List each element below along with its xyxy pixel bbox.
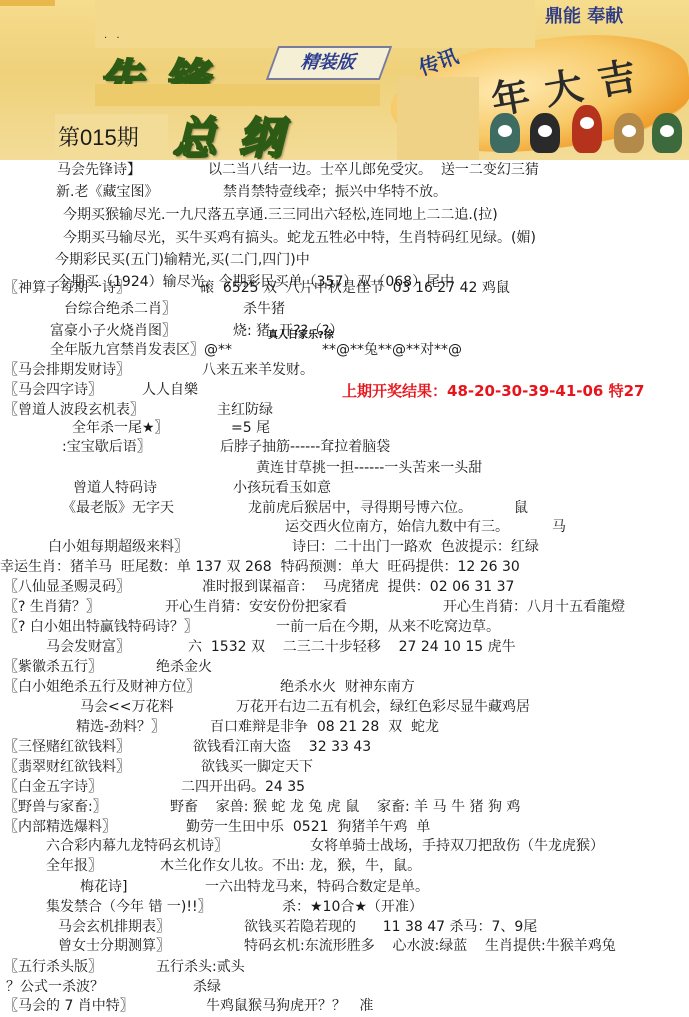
mascot-icon-panda — [530, 113, 560, 153]
banner-edition-badge: 精装版 — [266, 46, 392, 80]
line-30-text: 欲钱买一脚定天下 — [201, 758, 313, 776]
line-19-label: 白小姐每期超级来料〗 — [48, 538, 188, 556]
line-18-text: 运交西火位南方，始信九数中有三。 — [285, 518, 509, 536]
line-40-text: 五行杀头:贰头 — [156, 958, 245, 976]
line-23-text: 一前一后在今期，从来不吃窝边草。 — [276, 618, 500, 636]
line-21-text: 准时报到谋福音： 马虎猪虎 提供：02 06 31 37 — [202, 578, 514, 596]
mascot-icon-blue — [490, 113, 520, 153]
line-16-text: 小孩玩看玉如意 — [233, 479, 331, 497]
line-40-label: 〖五行杀头版〗 — [4, 958, 102, 976]
line-25-text: 绝杀金火 — [156, 658, 212, 676]
line-32-text: 野畜 家兽: 猴 蛇 龙 兔 虎 鼠 家畜: 羊 马 牛 猪 狗 鸡 — [170, 798, 520, 816]
line-15-text: 黄连甘草挑一担------一头苦来一头甜 — [256, 459, 482, 477]
line-19-text: 诗曰：二十出门一路欢 色波提示：红绿 — [292, 538, 539, 556]
line-24-text: 六 1532 双 二三二十步轻移 27 24 10 15 虎牛 — [188, 638, 516, 656]
line-14-text: 后脖子抽筋------耷拉着脑袋 — [220, 438, 390, 456]
line-10-text: 八来五来羊发财。 — [202, 361, 314, 379]
line-13-label: 全年杀一尾★〗 — [72, 419, 169, 437]
line-41-text: 杀绿 — [193, 978, 221, 996]
mascot-icon-fire — [572, 105, 602, 153]
mascot-icon-swallow — [652, 113, 682, 153]
line-22-text: 开心生肖猜：安安份份把家看 — [165, 598, 347, 616]
line-4-text: 今期彩民买(五门)输精光,买(二门,四门)中 — [55, 251, 310, 269]
line-22-label: 〖? 生肖猜？〗 — [4, 598, 100, 616]
line-17-text: 龙前虎后猴居中，寻得期号博六位。 — [248, 499, 472, 517]
line-29-text: 欲钱看江南大盗 32 33 43 — [193, 738, 371, 756]
line-27-text: 万花开右边二五有机会，绿红色彩尽显牛藏鸡居 — [236, 698, 530, 716]
banner-top-panel — [95, 0, 535, 48]
line-16-label: 曾道人特码诗 — [73, 479, 157, 497]
line-36-label: 梅花诗] — [80, 878, 127, 896]
line-42-label: 〖马会的 7 肖中特〗 — [4, 997, 134, 1015]
line-2-text: 今期买猴输尽光.一九尺落五享通.三三同出六轻松,连同地上二二追.(拉) — [63, 206, 498, 224]
line-35-label: 全年报〗 — [46, 857, 102, 875]
line-38-label: 马会玄机排期表〗 — [58, 918, 170, 936]
line-36-text: 一六出特龙马来，特码合数定是单。 — [205, 878, 429, 896]
line-28-text: 百口难辩是非争 08 21 28 双 蛇龙 — [210, 718, 439, 736]
line-39-text: 特码玄机:东流形胜多 心水波:绿蓝 生肖提供:牛猴羊鸡兔 — [244, 937, 616, 955]
line-9-label: 全年版九宫禁肖发表区〗@** — [50, 341, 232, 359]
line-3-text: 今期买马输尽光，买牛买鸡有搞头。蛇龙五牲必中特，生肖特码红见绿。(媚) — [63, 229, 536, 247]
line-25-label: 〖紫徽杀五行〗 — [4, 658, 102, 676]
line-6-text: 磙 6525 双 八片中秋是佳节 03 16 27 42 鸡鼠 — [200, 279, 510, 297]
mascot-icon-antelope — [614, 113, 644, 153]
line-14-label: :宝宝歇后语〗 — [62, 438, 151, 456]
line-7-label: 台综合绝杀二肖〗 — [64, 300, 176, 318]
line-29-label: 〖三怪赌红欲钱料〗 — [4, 738, 130, 756]
line-33-label: 〖内部精选爆料〗 — [4, 818, 116, 836]
line-8-label: 富豪小子火烧肖图〗 — [50, 322, 176, 340]
line-7-text: 杀牛猪 — [243, 300, 285, 318]
line-0-text: 以二当八结一边。士卒儿郎免受灾。 送一二变幻三猜 — [208, 161, 539, 179]
line-12-text: 主红防绿 — [217, 401, 273, 419]
line-17-label: 《最老版》无字天 — [62, 499, 174, 517]
line-26-text: 绝杀水火 财神东南方 — [280, 678, 415, 696]
banner-dots: . . — [104, 30, 123, 41]
line-13-text: =5 尾 — [231, 419, 270, 437]
line-1-label: 新.老《藏宝图》 — [56, 183, 158, 201]
banner-top-strip — [0, 0, 55, 6]
line-1-text: 禁肖禁特壹线牵；振兴中华特不放。 — [223, 183, 447, 201]
line-23-label: 〖? 白小姐出特赢钱特码诗？〗 — [4, 618, 198, 636]
line-39-label: 曾女士分期测算〗 — [58, 937, 170, 955]
line-33-text: 勤劳一生田中乐 0521 狗猪羊午鸡 单 — [186, 818, 430, 836]
line-41-label: ？公式一杀波？ — [6, 978, 104, 996]
line-27-label: 马会<<万花料 — [80, 698, 173, 716]
line-26-label: 〖白小姐绝杀五行及财神方位〗 — [4, 678, 200, 696]
line-30-label: 〖翡翠财红欲钱料〗 — [4, 758, 130, 776]
line-18-extra: 马 — [552, 518, 566, 536]
line-11-text: 人人自樂 — [142, 381, 198, 399]
header-banner: . . 鼎能 奉献 先锋 精装版 传讯 年大吉 总纲 第015期 — [0, 0, 689, 160]
banner-blank-box — [397, 77, 479, 160]
line-9-text: **@**兔**@**对**@ — [322, 341, 462, 359]
line-37-label: 集发禁合（今年 错 一)!!〗 — [46, 898, 212, 916]
last-draw-result: 上期开奖结果：48-20-30-39-41-06 特27 — [342, 380, 644, 401]
line-34-text: 女将单骑士战场，手持双刀把敌伤（牛龙虎猴） — [310, 837, 604, 855]
line-20-text: 幸运生肖：猪羊马 旺尾数：单 137 双 268 特码预测：单大 旺码提供：12… — [0, 558, 520, 576]
overlay-watermark-text: 真人日家乐?徐 — [268, 326, 334, 341]
line-35-text: 木兰化作女儿妆。不出: 龙，猴，牛，鼠。 — [160, 857, 421, 875]
line-42-text: 牛鸡鼠猴马狗虎开？？ 准 — [206, 997, 373, 1015]
line-31-text: 二四开出码。24 35 — [181, 778, 305, 796]
banner-title-line2: 总纲 — [172, 102, 304, 160]
line-37-text: 杀：★10合★（开准） — [282, 898, 423, 916]
line-24-label: 马会发财富〗 — [46, 638, 130, 656]
line-12-label: 〖曾道人波段玄机表〗 — [4, 401, 144, 419]
line-32-label: 〖野兽与家畜:〗 — [4, 798, 107, 816]
line-38-text: 欲钱买若隐若现的 11 38 47 杀马：7、9尾 — [244, 918, 537, 936]
line-17-extra: 鼠 — [514, 499, 528, 517]
mascots-graphic — [488, 105, 688, 157]
issue-number: 第015期 — [58, 121, 139, 152]
line-28-label: 精选-劲料？〗 — [76, 718, 165, 736]
line-31-label: 〖白金五字诗〗 — [4, 778, 102, 796]
line-21-label: 〖八仙显圣赐灵码〗 — [4, 578, 130, 596]
line-10-label: 〖马会排期发财诗〗 — [4, 361, 130, 379]
line-34-label: 六合彩内幕九龙特码玄机诗〗 — [46, 837, 228, 855]
line-22-extra: 开心生肖猜：八月十五看龍燈 — [443, 598, 625, 616]
line-6-label: 〖神算子每期一诗〗 — [4, 279, 130, 297]
line-0-label: 马会先锋诗】 — [57, 161, 141, 179]
line-11-label: 〖马会四字诗〗 — [4, 381, 102, 399]
banner-presenter: 鼎能 奉献 — [545, 2, 623, 28]
